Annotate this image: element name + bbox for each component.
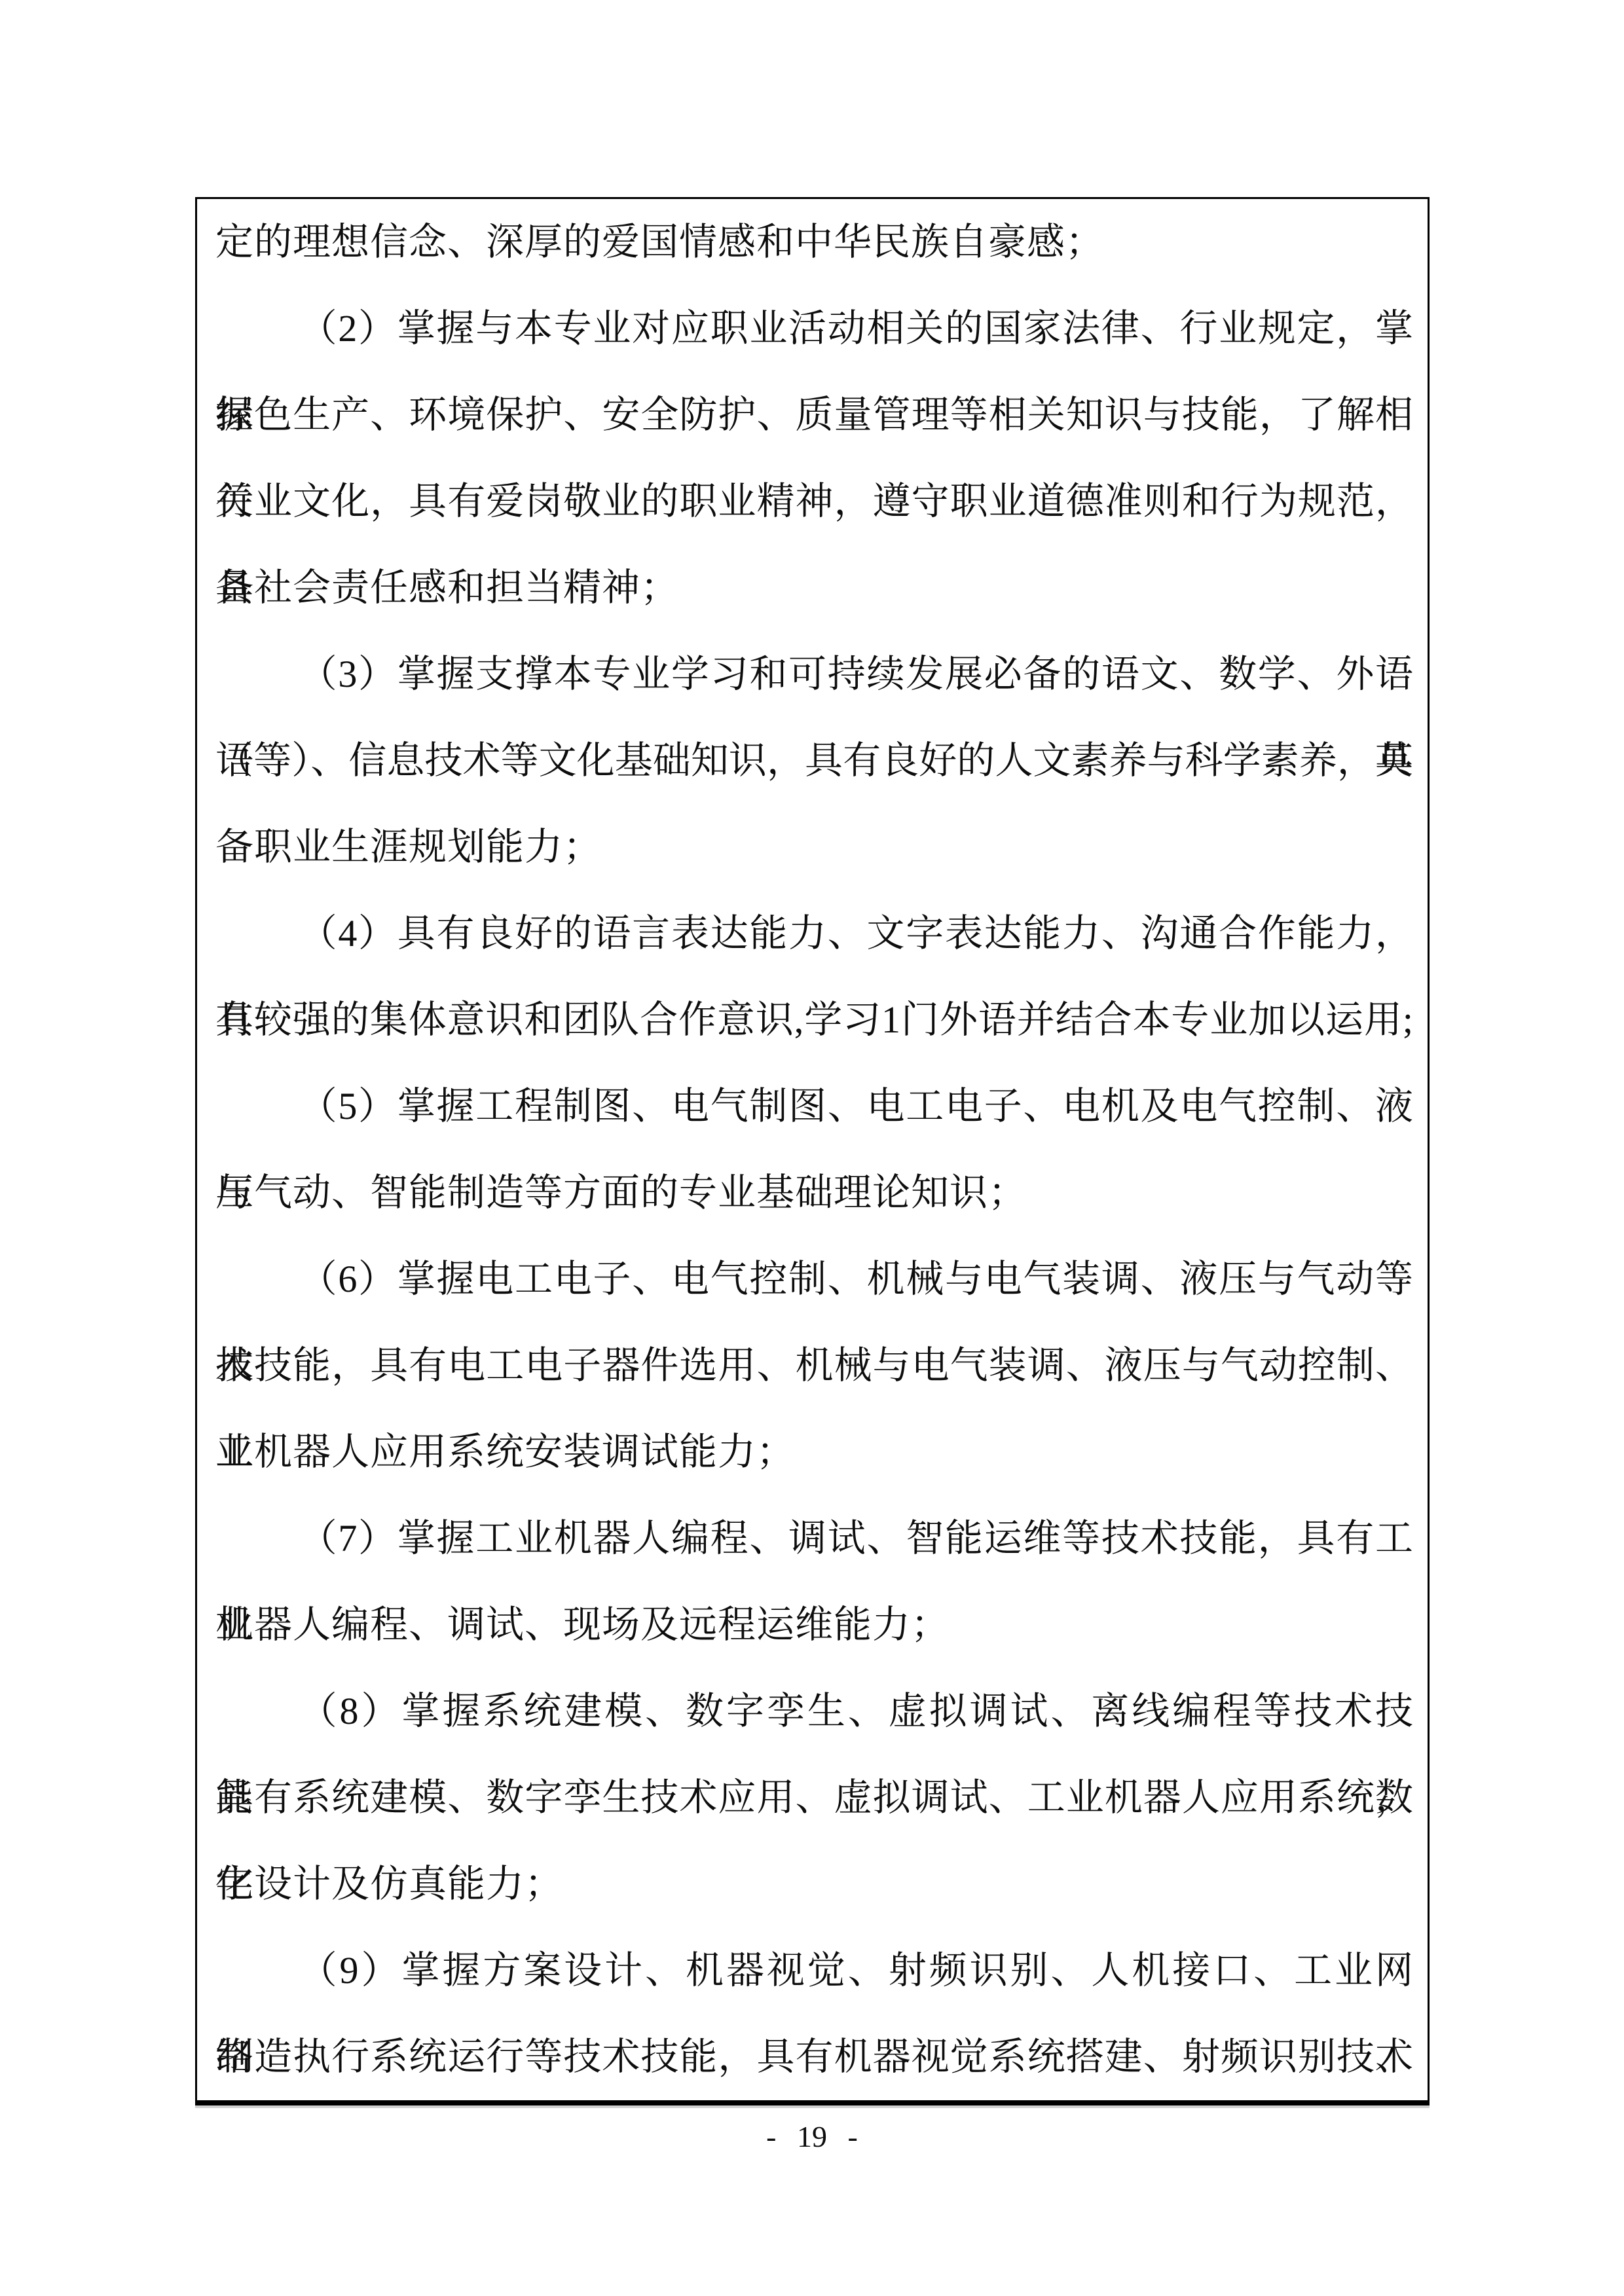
content-border-box: 定的理想信念、深厚的爱国情感和中华民族自豪感； （2）掌握与本专业对应职业活动相… [195,197,1430,2105]
text-line: 化设计及仿真能力； [215,1841,1413,1927]
text-line: 机器人编程、调试、现场及远程运维能力； [215,1582,1413,1668]
text-line: （9）掌握方案设计、机器视觉、射频识别、人机接口、工业网络、 [215,1927,1413,2014]
text-line: （2）掌握与本专业对应职业活动相关的国家法律、行业规定，掌握 [215,285,1413,372]
text-line: 备社会责任感和担当精神； [215,545,1413,631]
text-line: （3）掌握支撑本专业学习和可持续发展必备的语文、数学、外语（英 [215,631,1413,718]
text-flow: 定的理想信念、深厚的爱国情感和中华民族自豪感； （2）掌握与本专业对应职业活动相… [197,199,1428,2100]
text-line: 语等）、信息技术等文化基础知识，具有良好的人文素养与科学素养，具 [215,718,1413,804]
text-line: （4）具有良好的语言表达能力、文字表达能力、沟通合作能力，具 [215,890,1413,977]
text-line: （5）掌握工程制图、电气制图、电工电子、电机及电气控制、液压 [215,1063,1413,1150]
text-line: 制造执行系统运行等技术技能，具有机器视觉系统搭建、射频识别技术应 [215,2014,1413,2100]
text-line: （6）掌握电工电子、电气控制、机械与电气装调、液压与气动等技 [215,1236,1413,1322]
text-line: 与气动、智能制造等方面的专业基础理论知识； [215,1150,1413,1236]
text-line: （7）掌握工业机器人编程、调试、智能运维等技术技能，具有工业 [215,1495,1413,1582]
text-line: 业机器人应用系统安装调试能力； [215,1409,1413,1495]
page-number: - 19 - [0,2116,1624,2158]
text-line: 绿色生产、环境保护、安全防护、质量管理等相关知识与技能，了解相关 [215,372,1413,458]
text-line: 备职业生涯规划能力； [215,804,1413,890]
text-line: 术技能，具有电工电子器件选用、机械与电气装调、液压与气动控制、工 [215,1322,1413,1409]
document-page: 定的理想信念、深厚的爱国情感和中华民族自豪感； （2）掌握与本专业对应职业活动相… [0,0,1624,2296]
text-line: 定的理想信念、深厚的爱国情感和中华民族自豪感； [215,199,1413,285]
text-line: 具有系统建模、数字孪生技术应用、虚拟调试、工业机器人应用系统数字 [215,1755,1413,1841]
text-line: 行业文化，具有爱岗敬业的职业精神，遵守职业道德准则和行为规范，具 [215,458,1413,545]
text-line: （8）掌握系统建模、数字孪生、虚拟调试、离线编程等技术技能， [215,1668,1413,1755]
text-line: 有较强的集体意识和团队合作意识,学习1门外语并结合本专业加以运用; [215,977,1413,1063]
